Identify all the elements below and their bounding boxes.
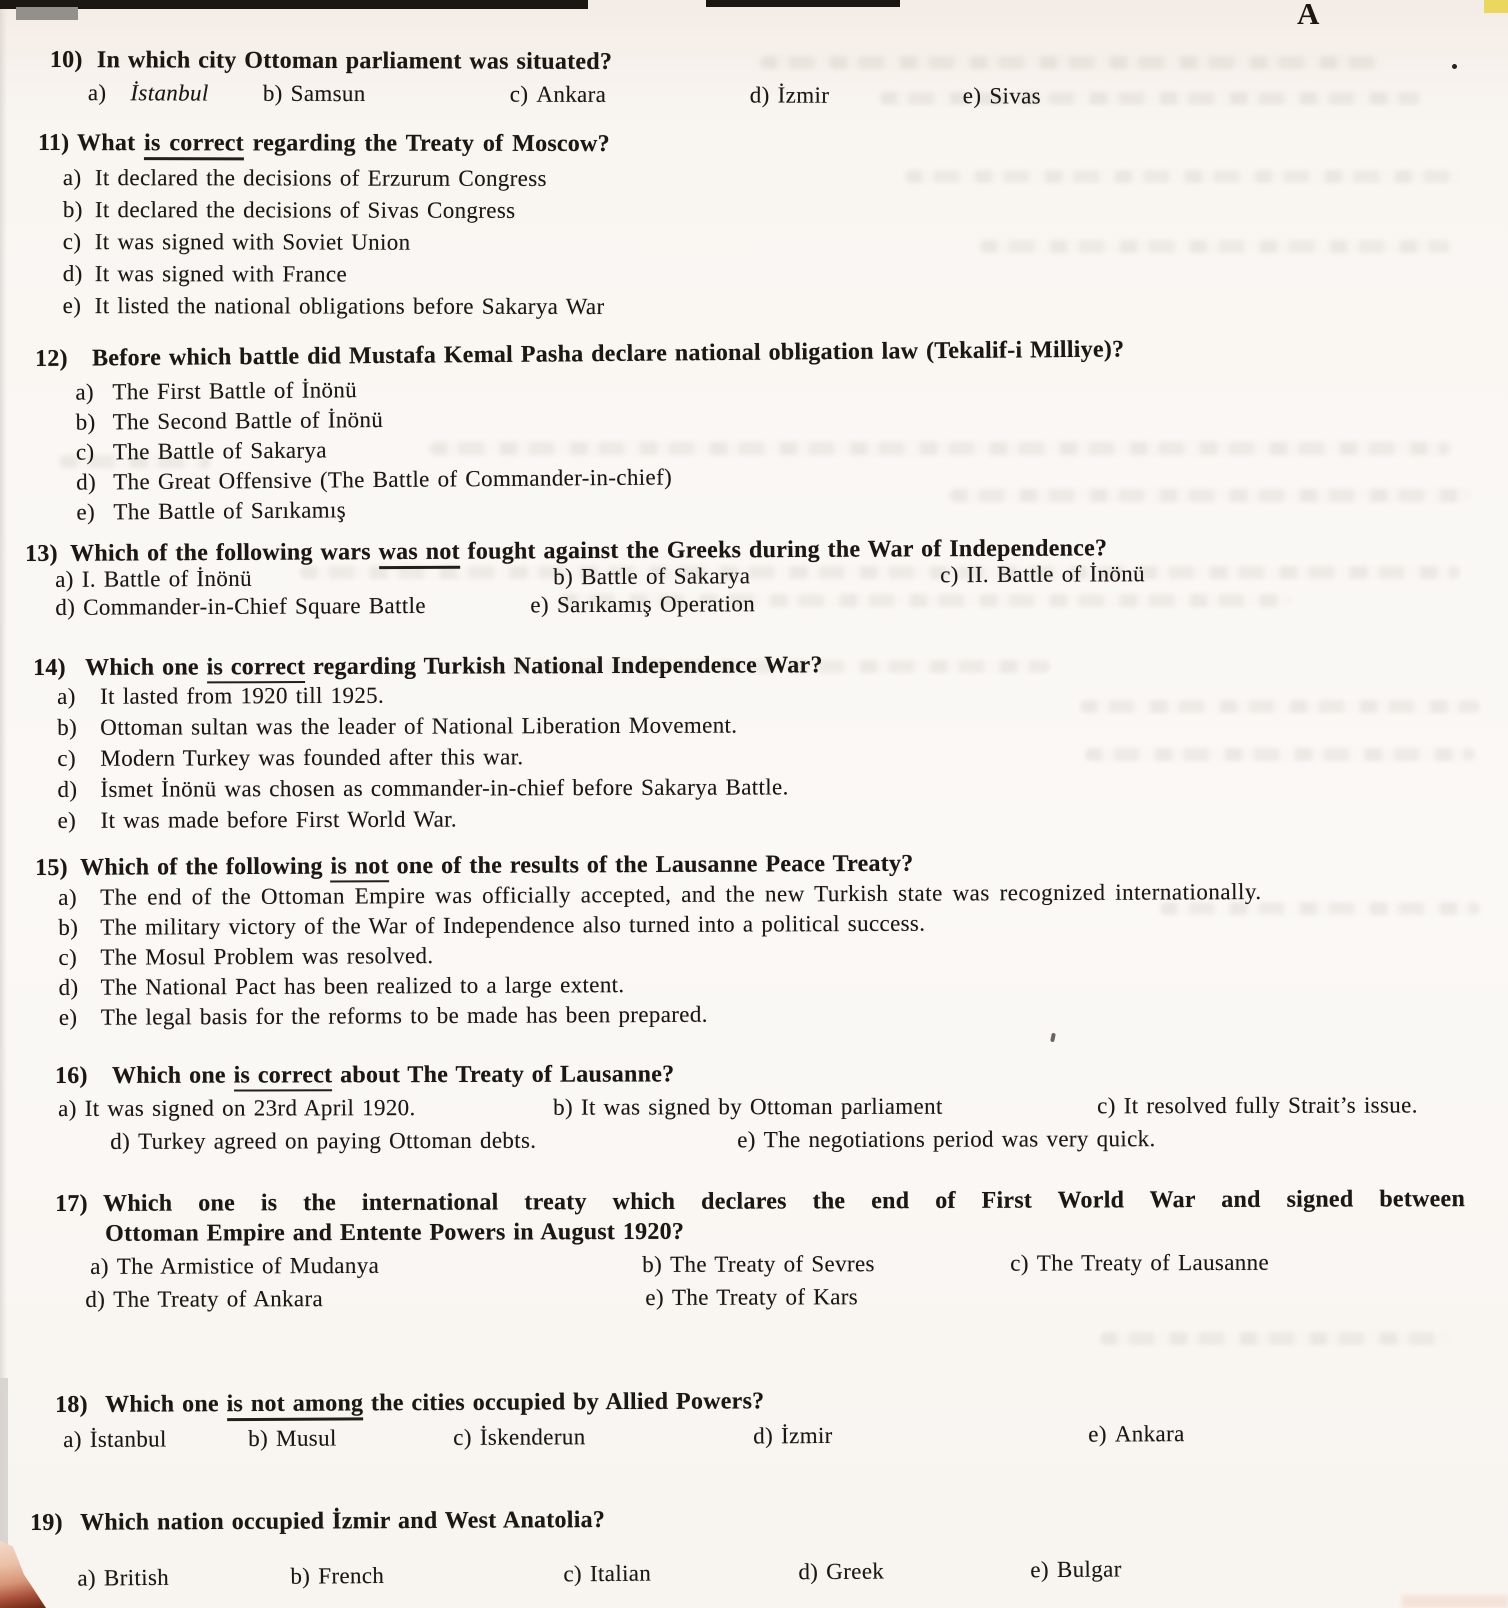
option-label: e) xyxy=(1088,1421,1107,1446)
q11-option-a: a)It declared the decisions of Erzurum C… xyxy=(38,165,1508,200)
q11-option-c: c)It was signed with Soviet Union xyxy=(38,229,1508,264)
q16-option-a: a)It was signed on 23rd April 1920. xyxy=(58,1095,416,1122)
question-13-header: 13) Which of the following wars was not … xyxy=(25,533,1497,568)
question-text-line1: Which one is the international treaty wh… xyxy=(103,1186,1465,1218)
option-label: a) xyxy=(77,1565,96,1590)
option-text: The Treaty of Lausanne xyxy=(1037,1250,1269,1276)
q17-option-d: d)The Treaty of Ankara xyxy=(85,1286,323,1313)
option-text: The negotiations period was very quick. xyxy=(764,1126,1156,1152)
option-label: c) xyxy=(940,562,959,587)
option-label: d) xyxy=(63,261,83,287)
question-text: What is correct regarding the Treaty of … xyxy=(77,130,1508,160)
option-label: b) xyxy=(58,915,78,941)
q17-option-a: a)The Armistice of Mudanya xyxy=(90,1253,379,1280)
option-text: The Treaty of Ankara xyxy=(113,1286,323,1312)
option-text: Sivas xyxy=(989,83,1041,108)
scan-top-gray-chip xyxy=(16,7,78,20)
question-text-underlined: is correct xyxy=(144,130,244,160)
q10-option-c: c)Ankara xyxy=(510,82,606,108)
option-text: Ankara xyxy=(1115,1421,1185,1446)
option-text: Italian xyxy=(590,1561,651,1587)
question-12-options: a)The First Battle of İnönüb)The Second … xyxy=(35,367,1506,530)
option-label: b) xyxy=(248,1426,268,1451)
option-label: b) xyxy=(553,564,573,589)
q13-option-c: c)II. Battle of İnönü xyxy=(940,561,1145,588)
option-text: French xyxy=(318,1563,384,1589)
option-text: Sarıkamış Operation xyxy=(557,591,755,617)
option-text: British xyxy=(104,1565,169,1591)
q11-option-d: d)It was signed with France xyxy=(38,261,1508,296)
option-text: The First Battle of İnönü xyxy=(112,377,357,404)
option-text: The military victory of the War of Indep… xyxy=(100,911,925,940)
question-text-pre: What xyxy=(77,130,144,156)
q13-option-b: b)Battle of Sakarya xyxy=(553,563,750,590)
option-label: e) xyxy=(645,1285,664,1310)
question-number: 15) xyxy=(35,855,68,882)
question-10-header: 10) In which city Ottoman parliament was… xyxy=(50,47,1508,79)
question-text-post: the cities occupied by Allied Powers? xyxy=(363,1388,764,1416)
question-15: 15) Which of the following is not one of… xyxy=(35,848,1507,882)
q19-option-c: c)Italian xyxy=(563,1561,651,1588)
option-label: e) xyxy=(63,293,82,319)
question-17: 17) Which one is the international treat… xyxy=(55,1186,1508,1248)
q16-option-e: e)The negotiations period was very quick… xyxy=(737,1126,1155,1153)
question-number: 13) xyxy=(25,541,58,568)
option-label: d) xyxy=(85,1287,105,1312)
q19-option-e: e)Bulgar xyxy=(1030,1556,1122,1583)
q14-option-d: d)İsmet İnönü was chosen as commander-in… xyxy=(33,772,1503,808)
option-text: It was signed on 23rd April 1920. xyxy=(85,1095,416,1121)
option-text: Ottoman sultan was the leader of Nationa… xyxy=(100,713,737,740)
question-14-options: a)It lasted from 1920 till 1925.b)Ottoma… xyxy=(33,679,1504,839)
option-label: a) xyxy=(58,885,77,911)
option-text: It lasted from 1920 till 1925. xyxy=(100,683,384,709)
option-label: a) xyxy=(55,567,74,592)
option-label: b) xyxy=(76,409,96,435)
option-text: Turkey agreed on paying Ottoman debts. xyxy=(138,1128,536,1154)
question-17-options: a)The Armistice of Mudanyab)The Treaty o… xyxy=(55,1249,1508,1254)
question-text-pre: Which of the following wars xyxy=(70,539,379,567)
bottom-right-smudge xyxy=(1402,1595,1508,1608)
option-label: a) xyxy=(58,1096,77,1121)
bleed-through-smudge xyxy=(880,92,1420,105)
question-number: 18) xyxy=(55,1392,88,1419)
option-label: a) xyxy=(57,684,76,710)
q15-option-e: e)The legal basis for the reforms to be … xyxy=(36,998,1506,1035)
q19-option-a: a)British xyxy=(77,1565,169,1592)
question-text-underlined: is correct xyxy=(207,654,306,683)
question-18-header: 18) Which one is not among the cities oc… xyxy=(55,1384,1508,1419)
q14-option-b: b)Ottoman sultan was the leader of Natio… xyxy=(33,710,1503,746)
option-text: Greek xyxy=(826,1559,884,1585)
stray-pen-mark xyxy=(1050,1033,1056,1043)
option-text: Musul xyxy=(276,1426,337,1451)
question-13: 13) Which of the following wars was not … xyxy=(25,533,1497,568)
finger-at-corner xyxy=(0,1538,46,1608)
option-label: e) xyxy=(963,83,982,108)
option-label: d) xyxy=(110,1129,130,1154)
option-label: c) xyxy=(1097,1093,1116,1118)
q14-option-c: c)Modern Turkey was founded after this w… xyxy=(33,741,1503,777)
option-label: a) xyxy=(90,1254,109,1279)
question-11: 11) What is correct regarding the Treaty… xyxy=(38,130,1508,160)
option-text: It was signed with Soviet Union xyxy=(95,229,411,255)
q14-option-e: e)It was made before First World War. xyxy=(34,803,1504,839)
question-text: Which nation occupied İzmir and West Ana… xyxy=(80,1502,1502,1536)
option-text: It declared the decisions of Erzurum Con… xyxy=(95,165,547,191)
q18-option-e: e)Ankara xyxy=(1088,1421,1185,1448)
question-10: 10) In which city Ottoman parliament was… xyxy=(50,47,1508,79)
q18-option-c: c)İskenderun xyxy=(453,1424,585,1451)
question-text: Which one is correct regarding Turkish N… xyxy=(85,650,1505,682)
q17-option-c: c)The Treaty of Lausanne xyxy=(1010,1250,1269,1277)
option-text: It was made before First World War. xyxy=(101,807,457,833)
option-label: d) xyxy=(798,1559,818,1584)
question-19: 19) Which nation occupied İzmir and West… xyxy=(30,1502,1502,1537)
booklet-type-label: A xyxy=(1297,0,1320,32)
scan-top-bar-right xyxy=(706,0,900,7)
q10-option-d: d)İzmir xyxy=(750,82,830,108)
q16-option-b: b)It was signed by Ottoman parliament xyxy=(553,1094,943,1121)
option-label: b) xyxy=(642,1252,662,1277)
q13-option-d: d)Commander-in-Chief Square Battle xyxy=(55,593,426,621)
question-17-header: 17) Which one is the international treat… xyxy=(55,1186,1508,1248)
option-text: The Second Battle of İnönü xyxy=(113,407,384,434)
option-label: c) xyxy=(58,945,77,971)
option-label: d) xyxy=(750,82,770,107)
scan-top-bar-left xyxy=(0,0,588,9)
question-text: In which city Ottoman parliament was sit… xyxy=(97,47,1508,79)
question-text-pre: Which one xyxy=(85,654,207,680)
option-label: b) xyxy=(57,715,77,741)
q19-option-d: d)Greek xyxy=(798,1559,884,1586)
question-16-options: a)It was signed on 23rd April 1920.b)It … xyxy=(55,1092,1508,1096)
question-number: 19) xyxy=(30,1510,63,1537)
bleed-through-smudge xyxy=(300,566,1460,579)
q16-option-d: d)Turkey agreed on paying Ottoman debts. xyxy=(110,1128,536,1155)
question-number: 14) xyxy=(33,655,66,682)
q13-option-e: e)Sarıkamış Operation xyxy=(530,591,755,618)
option-text: The Treaty of Sevres xyxy=(670,1251,875,1277)
question-text: Which one is not among the cities occupi… xyxy=(105,1384,1508,1418)
option-label: c) xyxy=(510,82,529,107)
question-text-line2: Ottoman Empire and Entente Powers in Aug… xyxy=(105,1216,1508,1248)
option-label: c) xyxy=(57,746,76,772)
question-10-options: a)İstanbulb)Samsunc)Ankarad)İzmire)Sivas xyxy=(50,80,1508,85)
option-text: İzmir xyxy=(781,1423,833,1448)
option-label: d) xyxy=(57,777,77,803)
question-19-header: 19) Which nation occupied İzmir and West… xyxy=(30,1502,1502,1537)
option-text: İsmet İnönü was chosen as commander-in-c… xyxy=(100,774,788,801)
option-text: It was signed by Ottoman parliament xyxy=(581,1094,943,1120)
option-text: II. Battle of İnönü xyxy=(967,561,1145,587)
q19-option-b: b)French xyxy=(290,1563,384,1590)
option-label: d) xyxy=(55,595,75,620)
q16-option-c: c)It resolved fully Strait’s issue. xyxy=(1097,1092,1418,1119)
question-15-header: 15) Which of the following is not one of… xyxy=(35,848,1507,882)
question-text-pre: Before which battle did Mustafa Kemal Pa… xyxy=(92,336,1124,371)
option-label: e) xyxy=(1030,1557,1049,1582)
question-text-pre: Which one xyxy=(112,1063,234,1089)
option-label: a) xyxy=(63,165,82,191)
question-text-pre: Which nation occupied İzmir and West Ana… xyxy=(80,1507,605,1536)
scan-left-edge xyxy=(0,0,7,1608)
option-text: Ankara xyxy=(536,82,606,107)
question-text: Which of the following wars was not foug… xyxy=(70,533,1497,567)
question-text-post: one of the results of the Lausanne Peace… xyxy=(389,851,914,880)
question-11-header: 11) What is correct regarding the Treaty… xyxy=(38,130,1508,160)
question-12: 12) Before which battle did Mustafa Kema… xyxy=(35,333,1507,373)
question-text-pre: Which of the following xyxy=(80,854,331,881)
question-19-options: a)Britishb)Frenchc)Italiand)Greeke)Bulga… xyxy=(30,1553,1500,1566)
question-number: 12) xyxy=(35,346,68,373)
question-16: 16) Which one is correct about The Treat… xyxy=(55,1059,1508,1090)
q13-option-a: a)I. Battle of İnönü xyxy=(55,566,252,593)
question-number: 17) xyxy=(55,1191,88,1218)
q11-option-e: e)It listed the national obligations bef… xyxy=(38,293,1508,328)
option-text: The legal basis for the reforms to be ma… xyxy=(101,1002,708,1030)
question-text-underlined: is correct xyxy=(234,1062,333,1091)
option-label: c) xyxy=(1010,1251,1029,1276)
q10-option-e: e)Sivas xyxy=(963,83,1041,109)
option-text: Samsun xyxy=(291,81,366,106)
option-text: It resolved fully Strait’s issue. xyxy=(1124,1092,1418,1118)
option-text: İskenderun xyxy=(480,1424,586,1450)
option-label: b) xyxy=(290,1564,310,1589)
scan-corner-yellow-mark xyxy=(1484,0,1508,13)
question-text-underlined: is not among xyxy=(227,1390,364,1421)
option-text: The Battle of Sakarya xyxy=(113,437,327,464)
q11-option-b: b)It declared the decisions of Sivas Con… xyxy=(38,197,1508,232)
option-label: e) xyxy=(58,808,77,834)
option-text: İstanbul xyxy=(90,1426,167,1451)
question-18: 18) Which one is not among the cities oc… xyxy=(55,1384,1508,1419)
option-text: It listed the national obligations befor… xyxy=(95,293,605,319)
q10-option-b: b)Samsun xyxy=(263,81,366,107)
question-text-post: regarding the Treaty of Moscow? xyxy=(244,130,610,157)
page-curl-shadow xyxy=(0,1378,8,1553)
option-label: b) xyxy=(553,1095,573,1120)
option-text: The National Pact has been realized to a… xyxy=(101,972,625,1000)
question-text: Which one is correct about The Treaty of… xyxy=(112,1059,1508,1090)
option-label: e) xyxy=(530,592,549,617)
option-label: d) xyxy=(59,975,79,1001)
question-text: Which of the following is not one of the… xyxy=(80,848,1507,882)
question-12-header: 12) Before which battle did Mustafa Kema… xyxy=(35,333,1507,373)
option-label: e) xyxy=(737,1127,756,1152)
question-text-pre: Which one xyxy=(105,1391,227,1418)
scanned-exam-page: A 10) In which city Ottoman parliament w… xyxy=(0,0,1508,1608)
option-label: a) xyxy=(63,1427,82,1452)
option-text: İzmir xyxy=(778,83,830,108)
q17-option-e: e)The Treaty of Kars xyxy=(645,1284,858,1311)
q18-option-b: b)Musul xyxy=(248,1426,337,1452)
question-text-post: about The Treaty of Lausanne? xyxy=(332,1061,674,1088)
question-text-post: regarding Turkish National Independence … xyxy=(305,652,822,680)
option-text: I. Battle of İnönü xyxy=(82,566,252,592)
option-label: e) xyxy=(76,499,95,525)
option-text: Commander-in-Chief Square Battle xyxy=(83,593,426,620)
option-text: The Battle of Sarıkamış xyxy=(113,497,346,524)
option-label: d) xyxy=(753,1423,773,1448)
option-label: c) xyxy=(563,1561,582,1586)
option-text: The Treaty of Kars xyxy=(672,1284,858,1310)
option-label: b) xyxy=(263,81,283,106)
question-number: 11) xyxy=(38,130,69,157)
option-text: The Armistice of Mudanya xyxy=(117,1253,379,1279)
bleed-through-smudge xyxy=(1100,1332,1450,1345)
option-text: The Mosul Problem was resolved. xyxy=(100,943,433,970)
option-label: e) xyxy=(59,1005,78,1031)
question-14-header: 14) Which one is correct regarding Turki… xyxy=(33,650,1505,682)
question-11-options: a)It declared the decisions of Erzurum C… xyxy=(38,165,1508,328)
question-number: 10) xyxy=(50,47,83,74)
option-label: a) xyxy=(75,379,94,405)
q18-option-a: a)İstanbul xyxy=(63,1426,167,1453)
option-label: c) xyxy=(76,439,95,465)
option-text: It was signed with France xyxy=(95,261,347,286)
question-14: 14) Which one is correct regarding Turki… xyxy=(33,650,1505,682)
option-text: Modern Turkey was founded after this war… xyxy=(100,744,523,770)
question-text: Before which battle did Mustafa Kemal Pa… xyxy=(92,333,1507,372)
option-text: The Great Offensive (The Battle of Comma… xyxy=(113,464,672,494)
option-text: İstanbul xyxy=(130,80,208,105)
question-text: Which one is the international treaty wh… xyxy=(103,1186,1508,1248)
q18-option-d: d)İzmir xyxy=(753,1423,833,1449)
option-label: c) xyxy=(453,1425,472,1450)
option-text: Bulgar xyxy=(1057,1556,1122,1582)
question-number: 16) xyxy=(55,1063,88,1090)
question-text-pre: In which city Ottoman parliament was sit… xyxy=(97,47,612,75)
question-text-post: fought against the Greeks during the War… xyxy=(460,535,1108,564)
option-text: The end of the Ottoman Empire was offici… xyxy=(100,879,1261,910)
option-label: d) xyxy=(76,469,96,495)
q17-option-b: b)The Treaty of Sevres xyxy=(642,1251,875,1278)
option-text: Battle of Sakarya xyxy=(581,563,750,589)
question-16-header: 16) Which one is correct about The Treat… xyxy=(55,1059,1508,1090)
option-text: It declared the decisions of Sivas Congr… xyxy=(95,197,516,223)
option-label: a) xyxy=(88,80,107,105)
question-text-underlined: was not xyxy=(378,539,459,569)
q10-option-a: a)İstanbul xyxy=(88,80,209,106)
option-label: b) xyxy=(63,197,83,223)
question-text-underlined: is not xyxy=(330,853,389,882)
q14-option-a: a)It lasted from 1920 till 1925. xyxy=(33,679,1503,715)
option-label: c) xyxy=(63,229,82,255)
question-15-options: a)The end of the Ottoman Empire was offi… xyxy=(35,878,1506,1035)
